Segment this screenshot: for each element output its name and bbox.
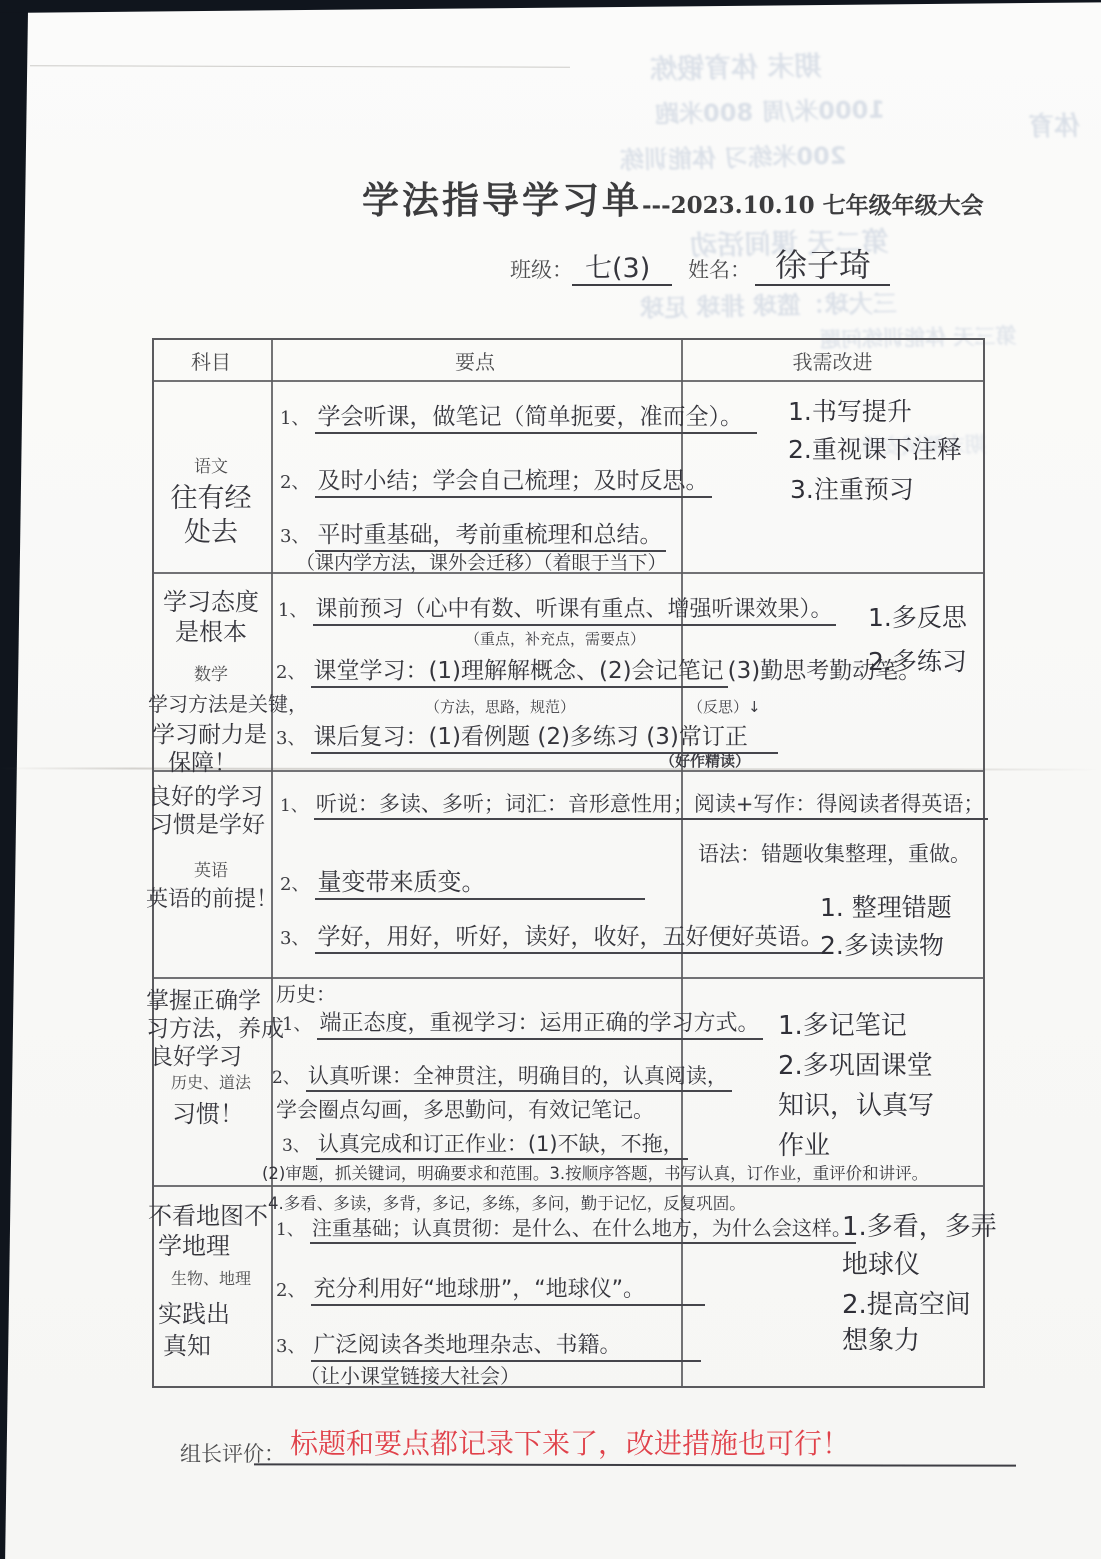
point-line: 2、认真听课：全神贯注，明确目的，认真阅读， <box>272 1060 732 1090</box>
point-line: 3、课后复习：(1)看例题 (2)多练习 (3)常订正 <box>276 718 778 751</box>
improve-item: 1.多看，多弄 <box>842 1206 997 1243</box>
improve-item: 1. 整理错题 <box>820 888 952 924</box>
point-line: 2、及时小结；学会自己梳理；及时反思。 <box>280 462 712 495</box>
paper-top-edge-line <box>30 65 570 67</box>
subject-motto: 学习方法是关键， <box>148 688 308 717</box>
point-line: 学会圈点勾画，多思勤问，有效记笔记。 <box>276 1094 654 1124</box>
name-underline <box>755 284 890 286</box>
subject-history-ethics: 历史、道法 <box>152 1070 270 1093</box>
subject-bio-geo: 生物、地理 <box>152 1266 270 1289</box>
subject-motto: 英语的前提！ <box>146 882 278 913</box>
point-line: 3、平时重基础，考前重梳理和总结。 <box>280 516 666 549</box>
header-points: 要点 <box>270 346 680 375</box>
point-note: （课内学方法，课外会迁移）（着眼于当下） <box>296 548 667 575</box>
subject-motto: 习惯是学好 <box>150 806 265 839</box>
point-line: 1、注重基础；认真贯彻：是什么、在什么地方，为什么会这样。 <box>276 1212 856 1241</box>
subject-motto: 实践出 <box>158 1294 230 1329</box>
point-subnote: （好作精读） <box>660 750 750 771</box>
point-line: (2)审题，抓关键词，明确要求和范围。3.按顺序答题，书写认真，订作业，重评价和… <box>262 1160 928 1184</box>
class-underline <box>572 284 672 286</box>
improve-item: 1.书写提升 <box>788 392 912 428</box>
page-title-suffix: ---2023.10.10 七年级年级大会 <box>642 192 984 219</box>
table-hline <box>154 380 983 382</box>
improve-item: 作业 <box>778 1125 830 1162</box>
subject-motto: 真知 <box>163 1326 211 1361</box>
improve-item: 2.提高空间 <box>842 1284 971 1321</box>
improve-item: 2.多读读物 <box>820 926 944 962</box>
improve-item: 2.多巩固课堂 <box>778 1045 933 1082</box>
table-vline <box>271 340 273 1386</box>
point-line: 2、充分利用好“地球册”，“地球仪”。 <box>276 1272 705 1303</box>
bleedthrough-text: 期末 体育锻炼 <box>650 44 822 87</box>
subject-math: 数学 <box>152 660 270 685</box>
improve-item: 1.多反思 <box>868 598 967 634</box>
subject-motto: 习惯！ <box>172 1094 244 1129</box>
point-note: （让小课堂链接大社会） <box>300 1360 520 1389</box>
subject-english: 英语 <box>152 856 270 881</box>
evaluation-underline <box>254 1463 1016 1466</box>
subject-chinese: 语文 <box>152 452 270 477</box>
point-line: 2、量变带来质变。 <box>280 862 645 897</box>
header-subject: 科目 <box>152 346 270 375</box>
improve-item: 地球仪 <box>842 1244 920 1281</box>
class-label: 班级： <box>510 254 573 284</box>
point-subnote: （重点，补充点，需要点） <box>465 628 645 649</box>
point-line: 1、课前预习（心中有数、听课有重点、增强听课效果）。 <box>278 592 836 623</box>
subject-motto: 是根本 <box>150 612 272 647</box>
improve-item: 2.重视课下注释 <box>788 430 962 466</box>
point-line: 语法：错题收集整理，重做。 <box>698 838 971 868</box>
name-label: 姓名： <box>688 254 751 284</box>
scanned-worksheet: 期末 体育锻炼 1000米/周 800米跑 200米练习 体能训练 体育 第二天… <box>0 0 1101 1559</box>
improve-item: 2.多练习 <box>868 642 967 678</box>
point-line: 3、学好，用好，听好，读好，收好，五好便好英语。 <box>280 918 827 951</box>
title-row: 学法指导学习单---2023.10.10 七年级年级大会 <box>362 170 984 224</box>
point-line: 1、端正态度，重视学习：运用正确的学习方式。 <box>282 1006 763 1037</box>
improve-item: 想象力 <box>842 1320 920 1357</box>
point-line: 2、课堂学习：(1)理解解概念、(2)会记笔记(3)勤思考勤动笔。 <box>276 652 921 685</box>
point-line: 4.多看、多读，多背，多记，多练，多问，勤于记忆，反复巩固。 <box>268 1190 746 1214</box>
point-line: 1、学会听课，做笔记（简单扼要，准而全）。 <box>280 398 757 431</box>
bleedthrough-text: 1000米/周 800米跑 <box>655 90 886 130</box>
bleedthrough-text: 体育 <box>1028 105 1081 143</box>
point-subnote: （方法，思路，规范） <box>425 696 575 717</box>
improve-item: 知识，认真写 <box>778 1085 934 1122</box>
scan-edge-left <box>0 0 32 1559</box>
bleedthrough-text: 三大球：篮球 排球 足球 <box>640 283 897 323</box>
point-line: 3、广泛阅读各类地理杂志、书籍。 <box>276 1328 701 1359</box>
page-title: 学法指导学习单 <box>362 178 642 222</box>
name-value: 徐子琦 <box>775 240 871 286</box>
table-hline <box>154 770 983 772</box>
header-improve: 我需改进 <box>680 346 985 375</box>
improve-item: 3.注重预习 <box>790 470 914 506</box>
table-hline <box>154 1185 983 1187</box>
subject-motto: 处去 <box>152 510 270 549</box>
cell-label-history: 历史： <box>276 978 336 1007</box>
improve-item: 1.多记笔记 <box>778 1005 907 1042</box>
subject-motto: 学地理 <box>158 1226 230 1261</box>
point-line: 3、认真完成和订正作业：(1)不缺，不拖， <box>282 1128 688 1158</box>
scan-edge-top <box>0 0 1101 13</box>
point-line: 1、听说：多读、多听；词汇：音形意性用；阅读+写作：得阅读者得英语； <box>280 788 988 818</box>
subject-motto: 保障！ <box>168 744 237 777</box>
class-value: 七(3) <box>585 246 650 285</box>
subject-motto: 良好学习 <box>150 1038 242 1071</box>
point-subnote: （反思）↓ <box>688 696 761 717</box>
evaluation-comment: 标题和要点都记录下来了，改进措施也可行！ <box>290 1422 850 1462</box>
